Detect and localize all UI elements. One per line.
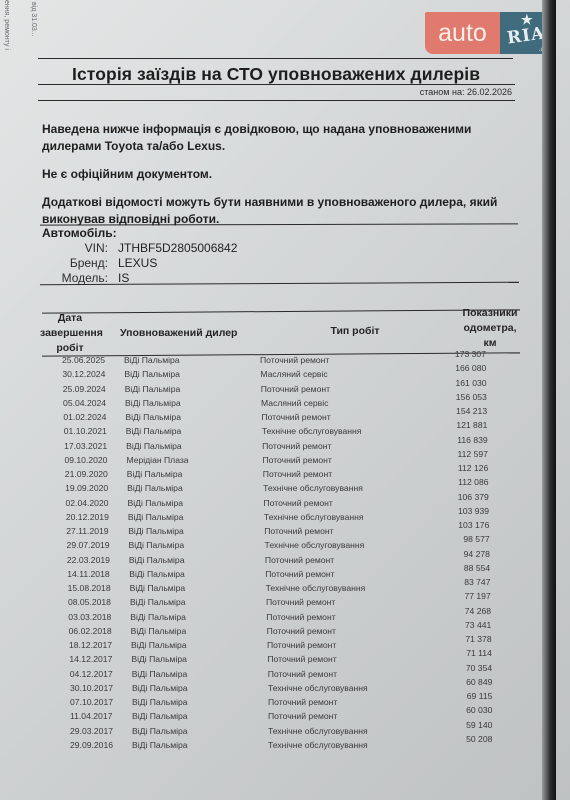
logo-ria-text: RIA xyxy=(506,23,547,48)
dealer-cell: ВіДі Пальміра xyxy=(128,526,184,536)
date-cell: 30.12.2024 xyxy=(62,369,105,379)
page-edge-shadow xyxy=(542,0,556,800)
date-cell: 19.09.2020 xyxy=(65,483,108,493)
odometer-cell: 83 747 xyxy=(464,577,490,587)
divider xyxy=(38,84,515,85)
date-cell: 14.12.2017 xyxy=(69,654,112,664)
column-header-date: Дата завершення робіт xyxy=(40,311,100,356)
side-note: ення, ремонту і xyxy=(2,0,11,50)
as-of-date: станом на: 26.02.2026 xyxy=(420,87,512,97)
odometer-cell: 103 939 xyxy=(458,506,489,516)
odometer-cell: 173 307 xyxy=(455,349,486,359)
odometer-cell: 112 126 xyxy=(458,463,488,473)
dealer-cell: ВіДі Пальміра xyxy=(132,726,188,736)
dealer-cell: ВіДі Пальміра xyxy=(125,412,181,422)
not-official-note: Не є офіційним документом. xyxy=(42,166,212,183)
work-type-cell: Поточний ремонт xyxy=(265,569,334,579)
odometer-cell: 156 053 xyxy=(456,392,487,402)
date-cell: 29.09.2016 xyxy=(70,740,113,750)
date-cell: 15.08.2018 xyxy=(68,583,111,593)
odometer-cell: 98 577 xyxy=(463,534,489,544)
header-text: робіт xyxy=(40,341,100,356)
model-label: Модель: xyxy=(38,271,108,285)
date-cell: 05.04.2024 xyxy=(63,398,106,408)
date-cell: 03.03.2018 xyxy=(68,612,111,622)
divider xyxy=(40,282,519,286)
header-text: завершення xyxy=(40,326,100,341)
dealer-cell: ВіДі Пальміра xyxy=(132,711,188,721)
brand-value: LEXUS xyxy=(118,256,157,270)
work-type-cell: Технічне обслуговування xyxy=(268,740,368,750)
dealer-cell: ВіДі Пальміра xyxy=(130,612,186,622)
date-cell: 09.10.2020 xyxy=(64,455,107,465)
dealer-cell: ВіДі Пальміра xyxy=(127,483,183,493)
work-type-cell: Поточний ремонт xyxy=(261,384,330,394)
dealer-cell: ВіДі Пальміра xyxy=(125,398,181,408)
document-page: ення, ремонту і від 31.03... auto ★ RIA … xyxy=(0,0,556,800)
dealer-cell: ВіДі Пальміра xyxy=(131,626,187,636)
odometer-cell: 69 115 xyxy=(467,691,493,701)
work-type-cell: Технічне обслуговування xyxy=(262,426,362,436)
dealer-cell: ВіДі Пальміра xyxy=(126,441,182,451)
odometer-cell: 71 114 xyxy=(466,648,492,658)
date-cell: 08.05.2018 xyxy=(68,597,111,607)
brand-label: Бренд: xyxy=(38,256,108,270)
work-type-cell: Поточний ремонт xyxy=(264,526,333,536)
dealer-cell: ВіДі Пальміра xyxy=(128,498,184,508)
dealer-cell: ВіДі Пальміра xyxy=(125,384,181,394)
odometer-cell: 121 881 xyxy=(456,420,487,430)
odometer-cell: 74 268 xyxy=(465,606,491,616)
work-type-cell: Поточний ремонт xyxy=(265,555,334,565)
date-cell: 22.03.2019 xyxy=(67,555,110,565)
odometer-cell: 106 379 xyxy=(458,492,489,502)
date-cell: 01.02.2024 xyxy=(63,412,106,422)
dealer-cell: ВіДі Пальміра xyxy=(130,597,186,607)
odometer-cell: 112 597 xyxy=(458,449,488,459)
odometer-cell: 112 086 xyxy=(458,477,488,487)
work-type-cell: Поточний ремонт xyxy=(261,412,330,422)
date-cell: 06.02.2018 xyxy=(69,626,112,636)
dealer-cell: ВіДі Пальміра xyxy=(126,426,182,436)
disclaimer-line-2: дилерами Toyota та/або Lexus. xyxy=(42,138,225,155)
odometer-cell: 60 849 xyxy=(466,677,492,687)
work-type-cell: Поточний ремонт xyxy=(263,469,332,479)
table-top-border xyxy=(42,309,520,313)
divider xyxy=(38,58,513,59)
work-type-cell: Технічне обслуговування xyxy=(268,726,368,736)
vin-value: JTHBF5D2805006842 xyxy=(118,241,237,255)
header-text: одометра, xyxy=(455,321,525,336)
table-row: 29.09.2016ВіДі ПальміраТехнічне обслугов… xyxy=(8,740,564,754)
date-cell: 17.03.2021 xyxy=(64,441,107,451)
dealer-cell: ВіДі Пальміра xyxy=(127,469,183,479)
odometer-cell: 154 213 xyxy=(456,406,487,416)
odometer-cell: 161 030 xyxy=(455,378,486,388)
work-type-cell: Масляний сервіс xyxy=(261,398,328,408)
dealer-cell: ВіДі Пальміра xyxy=(130,583,186,593)
column-header-dealer: Уповноважений дилер xyxy=(120,326,250,341)
dealer-cell: ВіДі Пальміра xyxy=(132,697,188,707)
dealer-cell: ВіДі Пальміра xyxy=(131,654,187,664)
date-cell: 20.12.2019 xyxy=(66,512,109,522)
side-note-date: від 31.03... xyxy=(30,2,37,37)
dealer-cell: ВіДі Пальміра xyxy=(124,355,180,365)
date-cell: 21.09.2020 xyxy=(65,469,108,479)
work-type-cell: Поточний ремонт xyxy=(267,640,336,650)
dealer-cell: ВіДі Пальміра xyxy=(132,683,188,693)
date-cell: 11.04.2017 xyxy=(70,711,112,721)
date-cell: 25.06.2025 xyxy=(62,355,105,365)
dealer-cell: ВіДі Пальміра xyxy=(132,669,188,679)
date-cell: 01.10.2021 xyxy=(64,426,107,436)
date-cell: 27.11.2019 xyxy=(66,526,108,536)
date-cell: 29.03.2017 xyxy=(70,726,113,736)
additional-info-line-1: Додаткові відомості можуть бути наявними… xyxy=(42,194,497,211)
disclaimer-line-1: Наведена нижче інформація є довідковою, … xyxy=(42,121,471,138)
work-type-cell: Поточний ремонт xyxy=(268,711,337,721)
dealer-cell: ВіДі Пальміра xyxy=(129,569,185,579)
odometer-cell: 70 354 xyxy=(466,663,492,673)
column-header-type: Тип робіт xyxy=(300,324,410,339)
dealer-cell: ВіДі Пальміра xyxy=(129,555,185,565)
dealer-cell: ВіДі Пальміра xyxy=(124,369,180,379)
odometer-cell: 116 839 xyxy=(457,435,487,445)
dealer-cell: ВіДі Пальміра xyxy=(128,512,184,522)
dealer-cell: Мерідіан Плаза xyxy=(126,455,188,465)
date-cell: 04.12.2017 xyxy=(70,669,113,679)
work-type-cell: Технічне обслуговування xyxy=(264,512,364,522)
odometer-cell: 103 176 xyxy=(458,520,489,530)
autoria-logo: auto ★ RIA .com xyxy=(425,12,556,54)
dealer-cell: ВіДі Пальміра xyxy=(131,640,187,650)
date-cell: 14.11.2018 xyxy=(67,569,109,579)
date-cell: 25.09.2024 xyxy=(63,384,106,394)
work-type-cell: Технічне обслуговування xyxy=(263,483,363,493)
logo-auto-part: auto xyxy=(425,12,500,54)
header-text: Показники xyxy=(455,306,525,321)
work-type-cell: Поточний ремонт xyxy=(262,441,331,451)
odometer-cell: 166 080 xyxy=(455,363,486,373)
work-type-cell: Поточний ремонт xyxy=(260,355,329,365)
vehicle-heading: Автомобіль: xyxy=(42,226,117,240)
work-type-cell: Поточний ремонт xyxy=(268,697,337,707)
odometer-cell: 59 140 xyxy=(466,720,492,730)
work-type-cell: Поточний ремонт xyxy=(267,626,336,636)
page-title: Історія заїздів на СТО уповноважених дил… xyxy=(72,64,480,85)
dealer-cell: ВіДі Пальміра xyxy=(129,540,185,550)
dealer-cell: ВіДі Пальміра xyxy=(132,740,188,750)
work-type-cell: Масляний сервіс xyxy=(260,369,327,379)
date-cell: 29.07.2019 xyxy=(67,540,110,550)
column-header-odometer: Показники одометра, км xyxy=(455,306,525,351)
work-type-cell: Поточний ремонт xyxy=(266,597,335,607)
vin-label: VIN: xyxy=(38,241,108,255)
odometer-cell: 71 378 xyxy=(465,634,491,644)
work-type-cell: Поточний ремонт xyxy=(267,654,336,664)
date-cell: 02.04.2020 xyxy=(66,498,109,508)
work-type-cell: Поточний ремонт xyxy=(266,612,335,622)
work-type-cell: Технічне обслуговування xyxy=(266,583,366,593)
work-type-cell: Поточний ремонт xyxy=(262,455,331,465)
header-text: Дата xyxy=(40,311,100,326)
odometer-cell: 88 554 xyxy=(464,563,490,573)
date-cell: 18.12.2017 xyxy=(69,640,112,650)
odometer-cell: 60 030 xyxy=(466,705,492,715)
work-type-cell: Поточний ремонт xyxy=(264,498,333,508)
date-cell: 30.10.2017 xyxy=(70,683,113,693)
date-cell: 07.10.2017 xyxy=(70,697,113,707)
odometer-cell: 50 208 xyxy=(466,734,492,744)
odometer-cell: 94 278 xyxy=(464,549,490,559)
divider xyxy=(38,100,515,101)
work-type-cell: Технічне обслуговування xyxy=(268,683,368,693)
odometer-cell: 73 441 xyxy=(465,620,491,630)
work-type-cell: Поточний ремонт xyxy=(268,669,337,679)
work-type-cell: Технічне обслуговування xyxy=(265,540,365,550)
odometer-cell: 77 197 xyxy=(464,591,490,601)
